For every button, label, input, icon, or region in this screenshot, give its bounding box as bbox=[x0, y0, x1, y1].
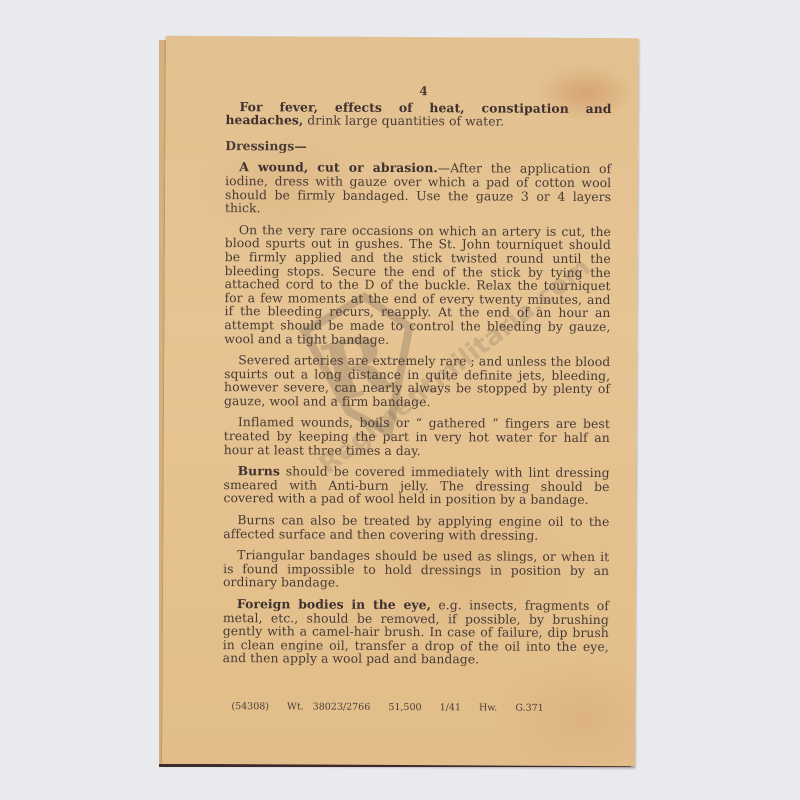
body-paragraph: On the very rare occasions on which an a… bbox=[224, 223, 611, 347]
body-paragraph: Burns should be covered immediately with… bbox=[223, 464, 609, 507]
intro-text: drink large quantities of water. bbox=[303, 113, 504, 129]
document-body: 4 For fever, effects of heat, constipati… bbox=[223, 84, 612, 675]
paragraph-list: A wound, cut or abrasion.—After the appl… bbox=[223, 160, 612, 667]
body-paragraph: Triangular bandages should be used as sl… bbox=[223, 548, 609, 591]
body-paragraph: Burns can also be treated by applying en… bbox=[223, 513, 609, 542]
body-paragraph: Foreign bodies in the eye, e.g. insects,… bbox=[223, 597, 609, 667]
paragraph-text: Burns can also be treated by applying en… bbox=[223, 512, 609, 542]
document-page: R Regimentmilitaria.com 4 For fever, eff… bbox=[162, 36, 639, 766]
paragraph-text: Triangular bandages should be used as sl… bbox=[223, 547, 609, 590]
intro-paragraph: For fever, effects of heat, constipation… bbox=[225, 100, 611, 129]
page-number: 4 bbox=[226, 84, 612, 100]
body-paragraph: Inflamed wounds, boils or “ gathered ” f… bbox=[224, 416, 610, 459]
print-code-footer: (54308) Wt. 38023/2766 51,500 1/41 Hw. G… bbox=[231, 701, 543, 714]
paragraph-text: should be covered immediately with lint … bbox=[223, 464, 609, 508]
body-paragraph: A wound, cut or abrasion.—After the appl… bbox=[225, 160, 611, 216]
section-heading: Dressings— bbox=[225, 139, 611, 155]
paragraph-text: On the very rare occasions on which an a… bbox=[224, 222, 611, 347]
paragraph-text: Severed arteries are extremely rare ; an… bbox=[224, 352, 610, 409]
body-paragraph: Severed arteries are extremely rare ; an… bbox=[224, 353, 610, 409]
paragraph-text: Inflamed wounds, boils or “ gathered ” f… bbox=[224, 415, 610, 458]
